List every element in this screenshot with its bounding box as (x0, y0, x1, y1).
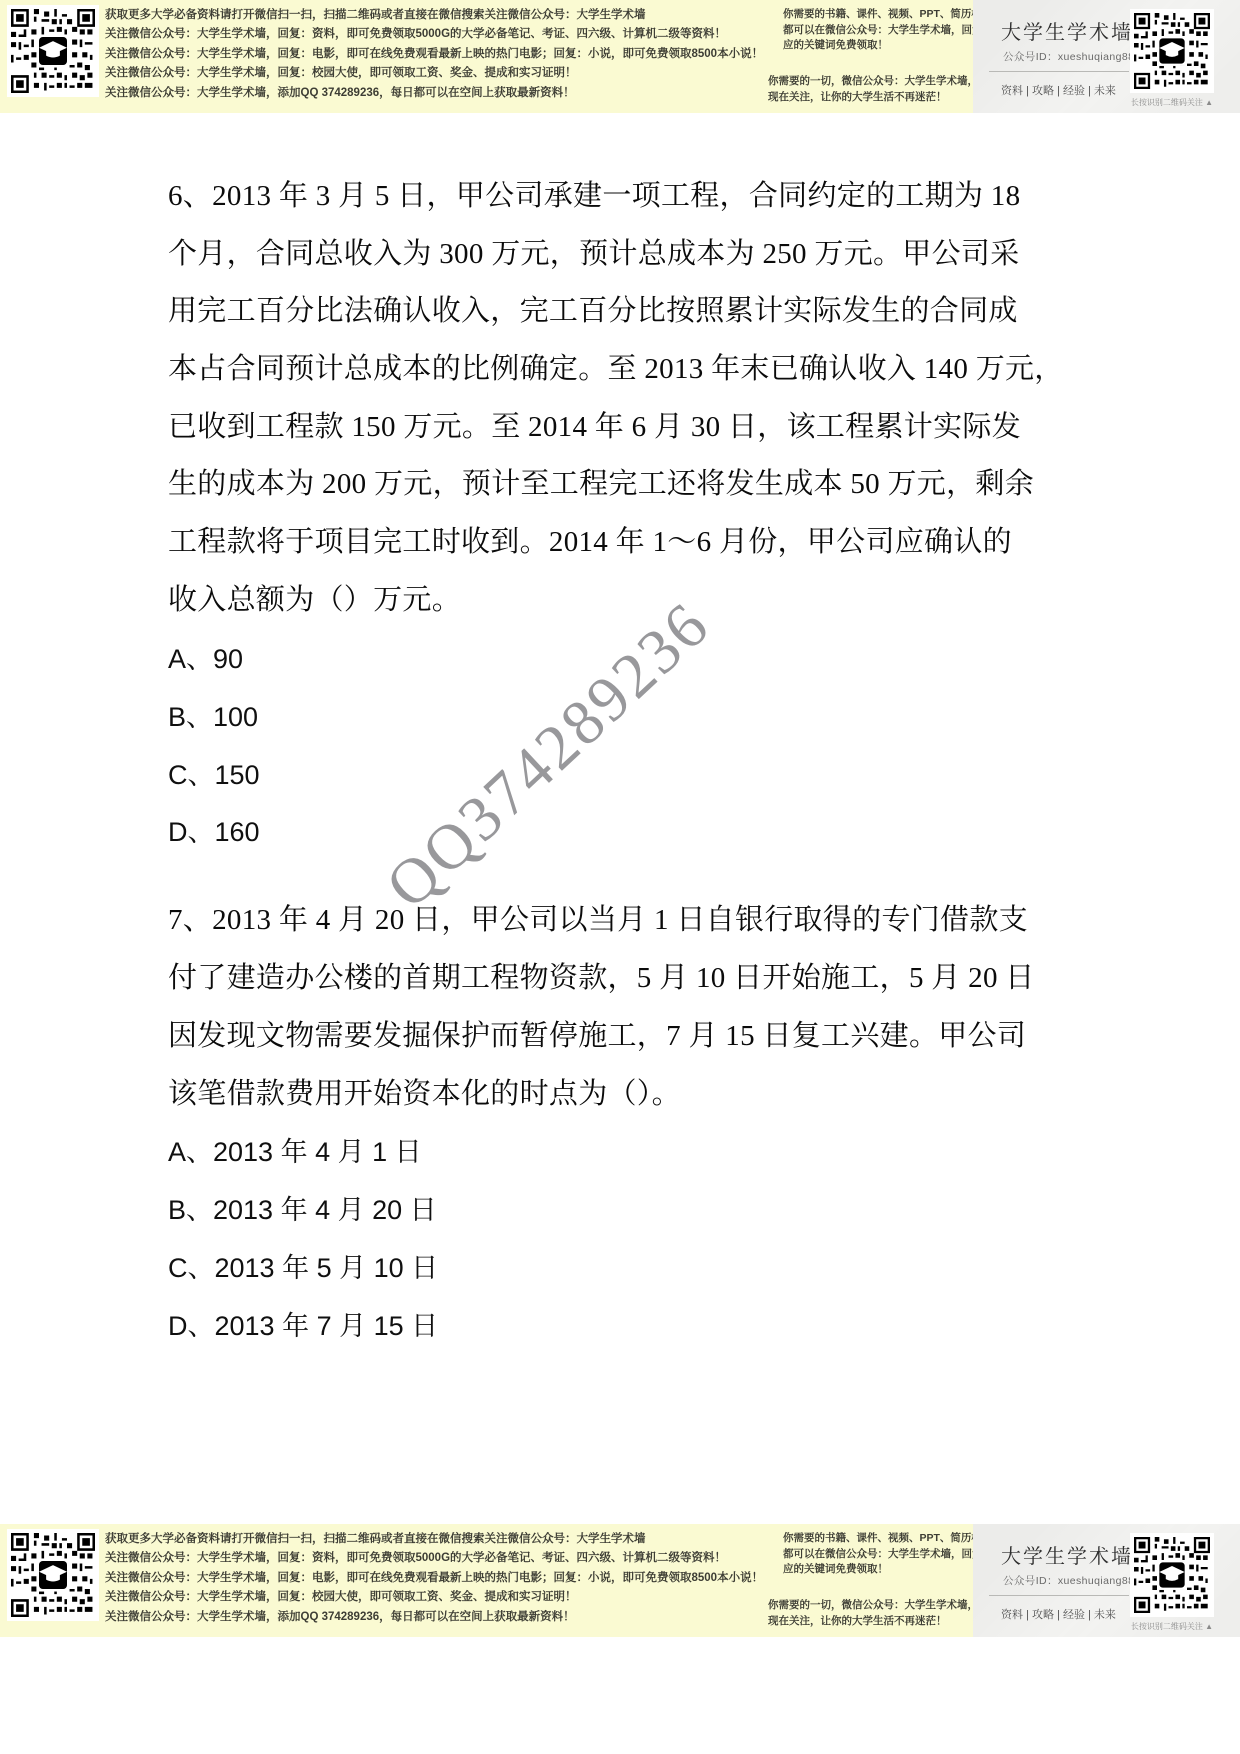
side-note-line: 你需要的一切，微信公众号：大学生学术墙，都有！ (768, 73, 975, 89)
qr-code-icon (11, 1533, 95, 1617)
q6-line: 工程款将于项目完工时收到。2014 年 1～6 月份，甲公司应确认的 (168, 513, 1012, 571)
banner-line: 关注微信公众号：大学生学术墙，添加QQ 374289236，每日都可以在空间上获… (105, 84, 795, 103)
header-side-note: 你需要的书籍、课件、视频、PPT、简历模板 都可以在微信公众号：大学生学术墙，回… (783, 7, 978, 54)
footer-promo-banner: 获取更多大学必备资料请打开微信扫一扫，扫描二维码或者直接在微信搜索关注微信公众号… (0, 1524, 1240, 1637)
q6-line: 本占合同预计总成本的比例确定。至 2013 年末已确认收入 140 万元， (168, 340, 1064, 398)
banner-line: 获取更多大学必备资料请打开微信扫一扫，扫描二维码或者直接在微信搜索关注微信公众号… (105, 1530, 795, 1549)
footer-promo-lines: 获取更多大学必备资料请打开微信扫一扫，扫描二维码或者直接在微信搜索关注微信公众号… (105, 1530, 795, 1627)
side-note-line: 你需要的一切，微信公众号：大学生学术墙，都有！ (768, 1597, 975, 1613)
banner-line: 关注微信公众号：大学生学术墙，添加QQ 374289236，每日都可以在空间上获… (105, 1608, 795, 1627)
brand-tags: 资料 | 攻略 | 经验 | 未来 (1001, 1606, 1116, 1622)
q7-line: 该笔借款费用开始资本化的时点为（）。 (168, 1065, 681, 1123)
header-promo-banner: 获取更多大学必备资料请打开微信扫一扫，扫描二维码或者直接在微信搜索关注微信公众号… (0, 0, 1240, 113)
brand-title: 大学生学术墙 (1001, 16, 1133, 45)
qr-code-icon (11, 9, 95, 93)
qr-caption: 长按识别二维码关注 ▲ (1120, 97, 1224, 108)
q6-option-c: C、150 (168, 746, 260, 804)
side-note-line: 你需要的书籍、课件、视频、PPT、简历模板 (783, 7, 978, 23)
q6-option-a: A、90 (168, 630, 243, 688)
document-page: QQ374289236 获取更多大学必备资料请打开微信扫一扫，扫描二维码或者直接… (0, 0, 1240, 1754)
banner-line: 关注微信公众号：大学生学术墙，回复：电影，即可在线免费观看最新上映的热门电影；回… (105, 45, 795, 64)
q7-line: 7、2013 年 4 月 20 日，甲公司以当月 1 日自银行取得的专门借款支 (168, 891, 1028, 949)
banner-line: 关注微信公众号：大学生学术墙，回复：资料，即可免费领取5000G的大学必备笔记、… (105, 25, 795, 44)
side-note-line: 都可以在微信公众号：大学生学术墙，回复相 (783, 1547, 978, 1563)
card-divider (989, 71, 1129, 72)
q6-line: 用完工百分比法确认收入，完工百分比按照累计实际发生的合同成 (168, 282, 1018, 340)
q6-option-b: B、100 (168, 688, 258, 746)
account-id: 公众号ID：xueshuqiang8888 (1003, 49, 1147, 64)
footer-brand-card: 大学生学术墙 公众号ID：xueshuqiang8888 资料 | 攻略 | 经… (973, 1524, 1240, 1637)
header-side-note-2: 你需要的一切，微信公众号：大学生学术墙，都有！ 现在关注，让你的大学生活不再迷茫… (768, 73, 975, 105)
banner-line: 关注微信公众号：大学生学术墙，回复：校园大使，即可领取工资、奖金、提成和实习证明… (105, 1588, 795, 1607)
q7-option-a: A、2013 年 4 月 1 日 (168, 1123, 422, 1181)
header-promo-lines: 获取更多大学必备资料请打开微信扫一扫，扫描二维码或者直接在微信搜索关注微信公众号… (105, 6, 795, 103)
side-note-line: 都可以在微信公众号：大学生学术墙，回复相 (783, 23, 978, 39)
banner-line: 关注微信公众号：大学生学术墙，回复：资料，即可免费领取5000G的大学必备笔记、… (105, 1549, 795, 1568)
q6-line: 收入总额为（）万元。 (168, 571, 461, 629)
q7-option-c: C、2013 年 5 月 10 日 (168, 1239, 438, 1297)
q6-line: 生的成本为 200 万元，预计至工程完工还将发生成本 50 万元，剩余 (168, 455, 1034, 513)
side-note-line: 应的关键词免费领取！ (783, 1562, 978, 1578)
footer-side-note-2: 你需要的一切，微信公众号：大学生学术墙，都有！ 现在关注，让你的大学生活不再迷茫… (768, 1597, 975, 1629)
side-note-line: 应的关键词免费领取！ (783, 38, 978, 54)
side-note-line: 你需要的书籍、课件、视频、PPT、简历模板 (783, 1531, 978, 1547)
q6-option-d: D、160 (168, 803, 260, 861)
card-divider (989, 1595, 1129, 1596)
banner-line: 关注微信公众号：大学生学术墙，回复：校园大使，即可领取工资、奖金、提成和实习证明… (105, 64, 795, 83)
q6-line: 个月，合同总收入为 300 万元，预计总成本为 250 万元。甲公司采 (168, 225, 1020, 283)
header-left-qr (7, 5, 99, 97)
qr-caption: 长按识别二维码关注 ▲ (1120, 1621, 1224, 1632)
qr-code-icon (1134, 1537, 1210, 1613)
header-brand-card: 大学生学术墙 公众号ID：xueshuqiang8888 资料 | 攻略 | 经… (973, 0, 1240, 113)
q7-option-d: D、2013 年 7 月 15 日 (168, 1297, 438, 1355)
side-note-line: 现在关注，让你的大学生活不再迷茫！ (768, 89, 975, 105)
q7-line: 付了建造办公楼的首期工程物资款，5 月 10 日开始施工，5 月 20 日 (168, 949, 1035, 1007)
qr-code-icon (1134, 13, 1210, 89)
side-note-line: 现在关注，让你的大学生活不再迷茫！ (768, 1613, 975, 1629)
footer-right-qr (1130, 1533, 1214, 1617)
banner-line: 获取更多大学必备资料请打开微信扫一扫，扫描二维码或者直接在微信搜索关注微信公众号… (105, 6, 795, 25)
q7-option-b: B、2013 年 4 月 20 日 (168, 1181, 437, 1239)
header-right-qr (1130, 9, 1214, 93)
brand-tags: 资料 | 攻略 | 经验 | 未来 (1001, 82, 1116, 98)
footer-left-qr (7, 1529, 99, 1621)
banner-line: 关注微信公众号：大学生学术墙，回复：电影，即可在线免费观看最新上映的热门电影；回… (105, 1569, 795, 1588)
q6-line: 已收到工程款 150 万元。至 2014 年 6 月 30 日，该工程累计实际发 (168, 398, 1021, 456)
q6-line: 6、2013 年 3 月 5 日，甲公司承建一项工程，合同约定的工期为 18 (168, 167, 1020, 225)
brand-title: 大学生学术墙 (1001, 1540, 1133, 1569)
account-id: 公众号ID：xueshuqiang8888 (1003, 1573, 1147, 1588)
footer-side-note: 你需要的书籍、课件、视频、PPT、简历模板 都可以在微信公众号：大学生学术墙，回… (783, 1531, 978, 1578)
q7-line: 因发现文物需要发掘保护而暂停施工，7 月 15 日复工兴建。甲公司 (168, 1007, 1026, 1065)
